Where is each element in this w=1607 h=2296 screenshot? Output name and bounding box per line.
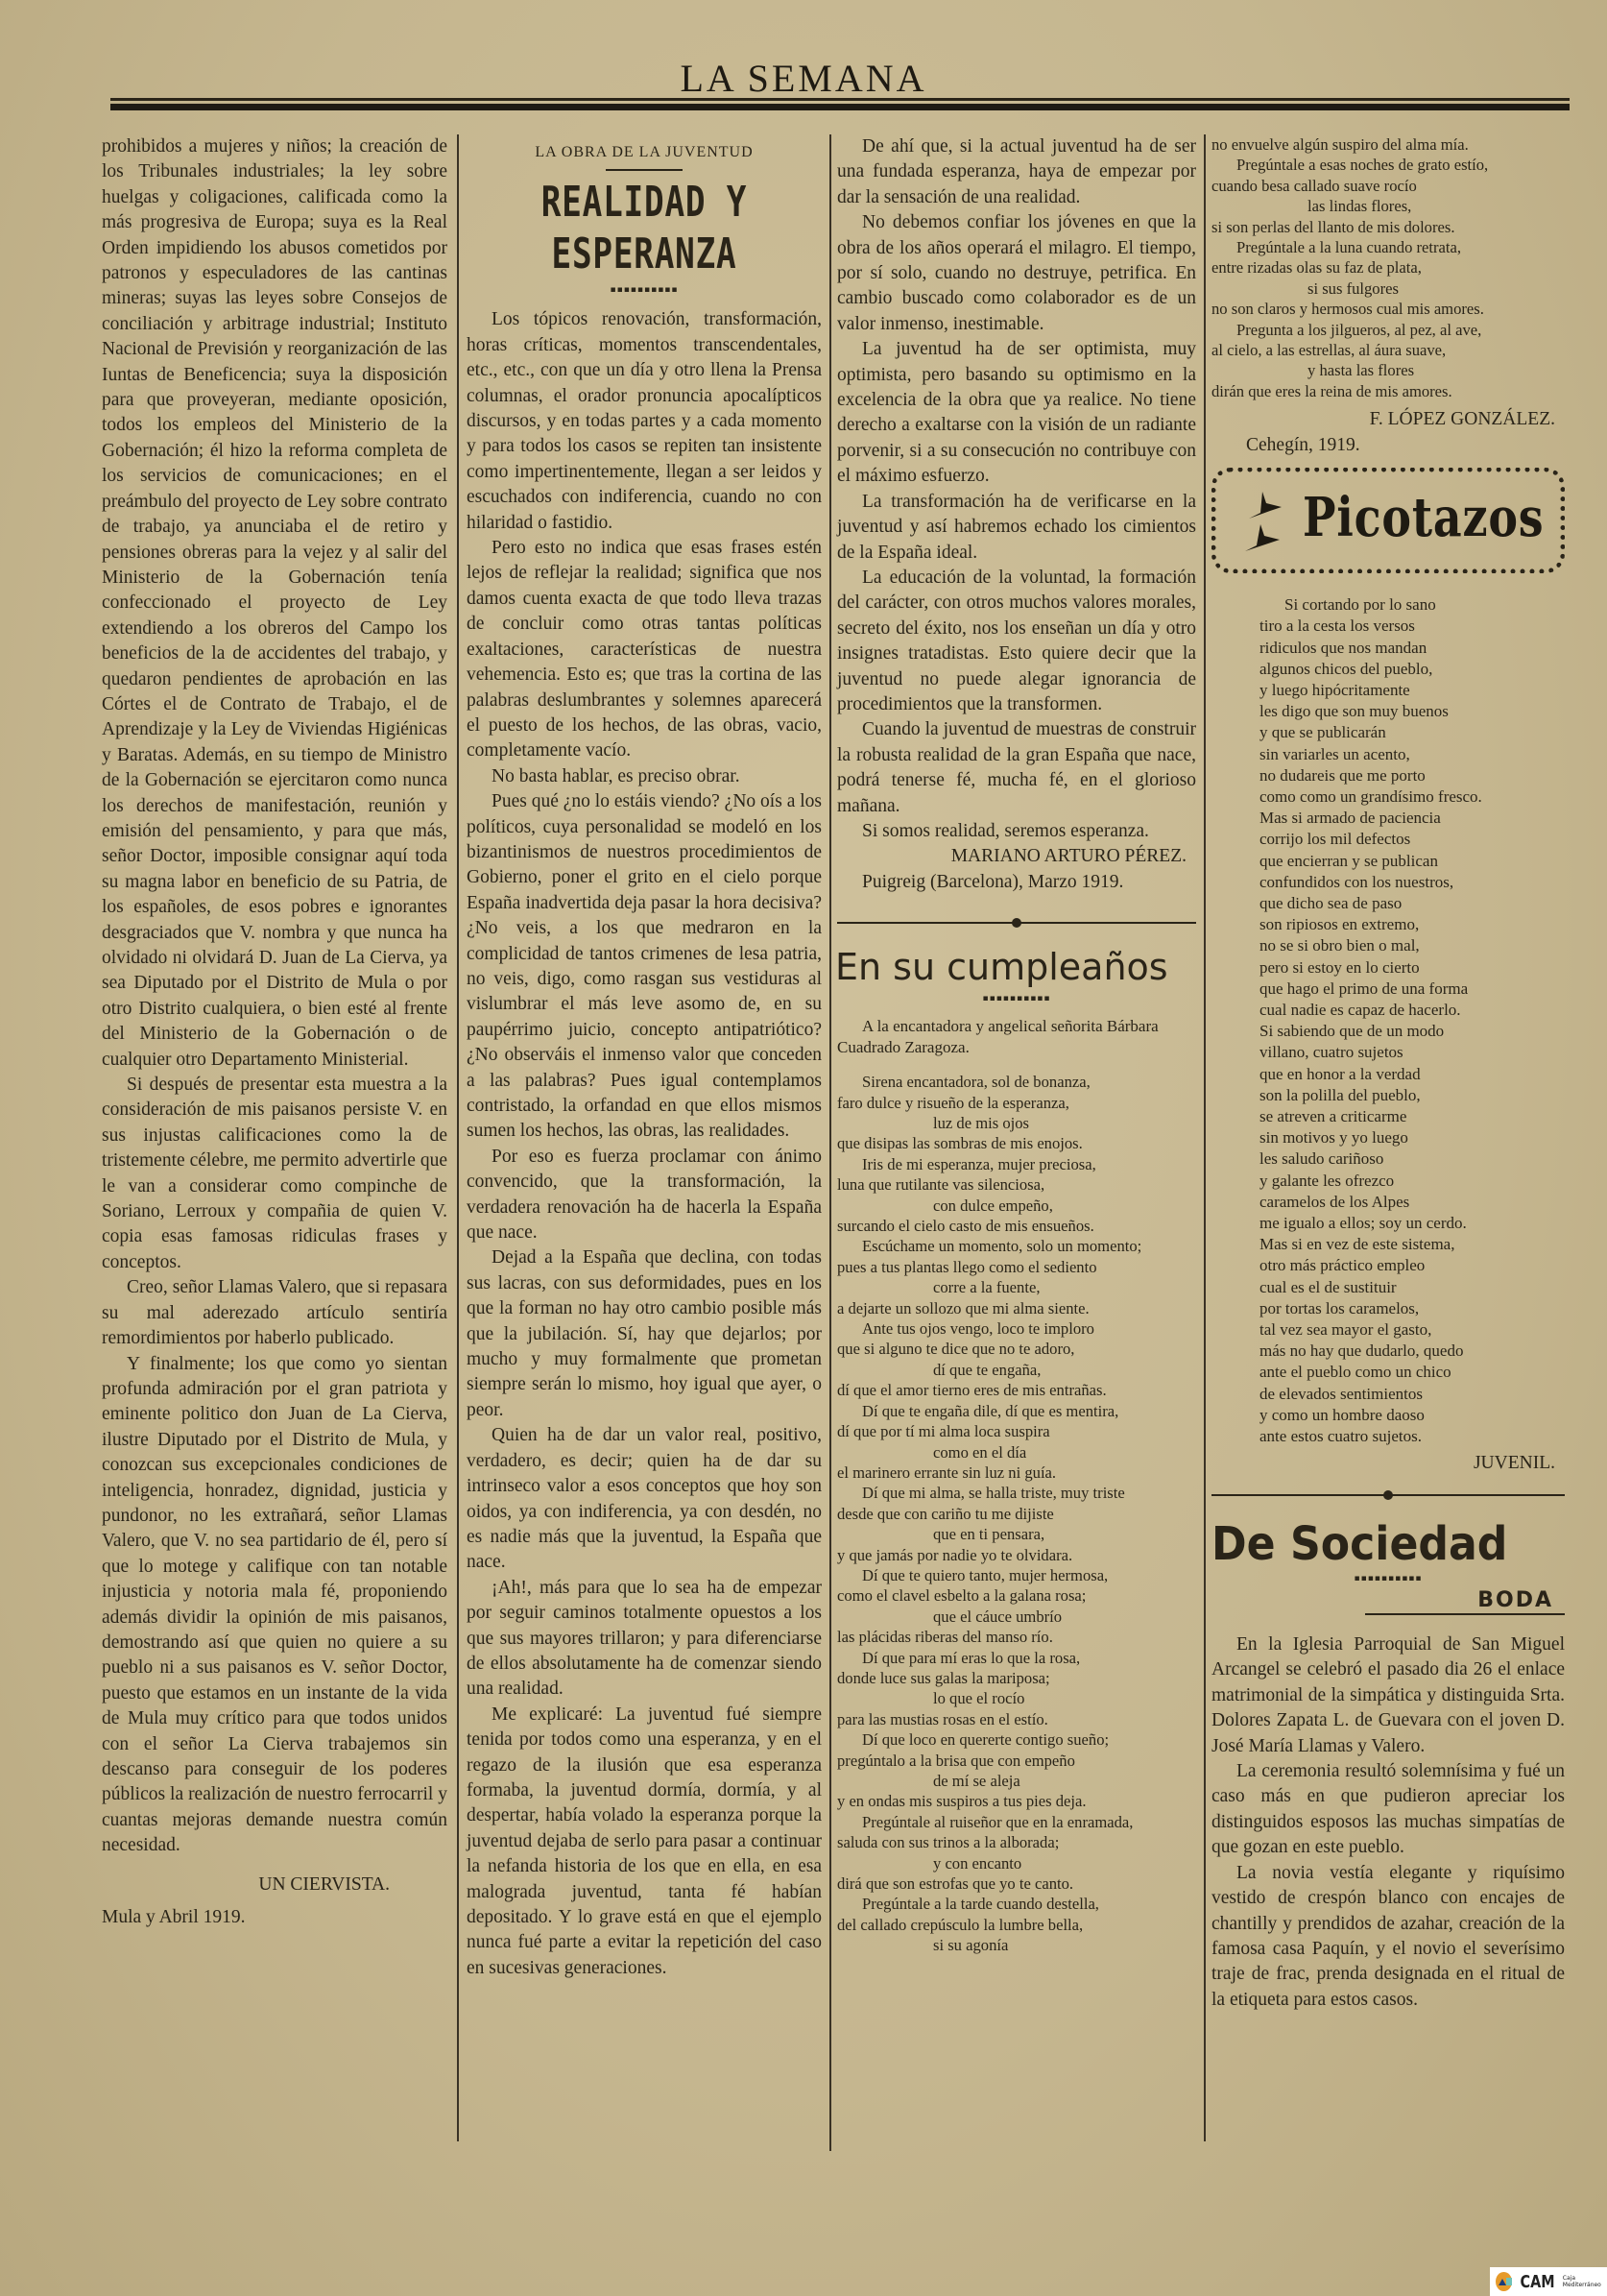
poem-line: Dí que te quiero tanto, mujer hermosa,: [837, 1565, 1196, 1585]
poem-line: y con encanto: [837, 1853, 1196, 1873]
poem-line: Pregúntale a la luna cuando retrata,: [1211, 237, 1565, 257]
poem-line: me igualo a ellos; soy un cerdo.: [1259, 1213, 1565, 1234]
column-three: De ahí que, si la actual juventud ha de …: [837, 134, 1196, 1956]
signature: JUVENIL.: [1211, 1451, 1565, 1476]
paragraph: La transformación ha de verificarse en l…: [837, 490, 1196, 566]
column-letter: prohibidos a mujeres y niños; la creació…: [102, 134, 447, 1930]
poem-line: que hago el primo de una forma: [1259, 979, 1565, 1000]
poem-line: que el cáuce umbrío: [837, 1607, 1196, 1627]
column-divider: [1204, 134, 1206, 2141]
separator-dots: ▪▪▪▪▪▪▪▪▪▪: [1211, 1573, 1565, 1584]
poem-line: algunos chicos del pueblo,: [1259, 659, 1565, 680]
poem-line: son la polilla del pueblo,: [1259, 1085, 1565, 1106]
poem-line: Dí que te engaña dile, dí que es mentira…: [837, 1401, 1196, 1421]
poem-line: saluda con sus trinos a la alborada;: [837, 1832, 1196, 1852]
newspaper-page: LA SEMANA prohibidos a mujeres y niños; …: [0, 0, 1607, 2296]
poem-line: Pregunta a los jilgueros, al pez, al ave…: [1211, 320, 1565, 340]
article-kicker: LA OBRA DE LA JUVENTUD: [467, 140, 822, 165]
poem-line: son ripiosos en extremo,: [1259, 914, 1565, 935]
article-headline: REALIDAD Y ESPERANZA: [476, 177, 813, 280]
paragraph: ¡Ah!, más para que lo sea ha de empezar …: [467, 1576, 822, 1703]
separator-dots: ▪▪▪▪▪▪▪▪▪▪: [467, 284, 822, 296]
poem-line: Sirena encantadora, sol de bonanza,: [837, 1072, 1196, 1092]
poem-line: ante el pueblo como un chico: [1259, 1362, 1565, 1383]
poem-line: luna que rutilante vas silenciosa,: [837, 1174, 1196, 1195]
poem-line: como como un grandísimo fresco.: [1259, 786, 1565, 808]
signature: UN CIERVISTA.: [102, 1873, 447, 1897]
poem-line: que dicho sea de paso: [1259, 893, 1565, 914]
poem-line: Dí que mi alma, se halla triste, muy tri…: [837, 1483, 1196, 1503]
poem-line: con dulce empeño,: [837, 1196, 1196, 1216]
poem-body-continued: no envuelve algún suspiro del alma mía.P…: [1211, 134, 1565, 401]
sociedad-headline: De Sociedad: [1211, 1515, 1537, 1573]
poem-line: no son claros y hermosos cual mis amores…: [1211, 299, 1565, 319]
masthead-title: LA SEMANA: [0, 56, 1607, 101]
poem-line: que si alguno te dice que no te adoro,: [837, 1339, 1196, 1359]
poem-line: para las mustias rosas en el estío.: [837, 1709, 1196, 1729]
paragraph: Y finalmente; los que como yo sientan pr…: [102, 1352, 447, 1859]
poem-line: confundidos con los nuestros,: [1259, 872, 1565, 893]
poem-line: si son perlas del llanto de mis dolores.: [1211, 217, 1565, 237]
swallows-icon: [1243, 488, 1301, 571]
poem-line: y en ondas mis suspiros a tus pies deja.: [837, 1791, 1196, 1811]
poem-line: dí que por tí mi alma loca suspira: [837, 1421, 1196, 1441]
poem-line: Ante tus ojos vengo, loco te imploro: [837, 1318, 1196, 1339]
poem-line: que disipas las sombras de mis enojos.: [837, 1133, 1196, 1153]
poem-line: no se si obro bien o mal,: [1259, 935, 1565, 956]
picotazos-title: Picotazos: [1303, 484, 1544, 551]
column-four: no envuelve algún suspiro del alma mía.P…: [1211, 134, 1565, 2013]
paragraph: La educación de la voluntad, la formació…: [837, 566, 1196, 717]
ornamental-divider: [837, 916, 1196, 930]
poem-line: no dudareis que me porto: [1259, 765, 1565, 786]
article-realidad-y-esperanza: LA OBRA DE LA JUVENTUD REALIDAD Y ESPERA…: [467, 134, 822, 1981]
poem-line: dirá que son estrofas que yo te canto.: [837, 1873, 1196, 1894]
poem-line: por tortas los caramelos,: [1259, 1298, 1565, 1319]
poem-line: luz de mis ojos: [837, 1113, 1196, 1133]
poem-line: sin variarles un acento,: [1259, 744, 1565, 765]
sociedad-subhead: BODA: [1365, 1588, 1565, 1615]
poem-line: otro más práctico empleo: [1259, 1255, 1565, 1276]
poem-line: desde que con cariño tu me dijiste: [837, 1504, 1196, 1524]
kicker-rule: [606, 169, 683, 171]
poem-line: villano, cuatro sujetos: [1259, 1042, 1565, 1063]
poem-line: las plácidas riberas del manso río.: [837, 1627, 1196, 1647]
poem-line: les digo que son muy buenos: [1259, 701, 1565, 722]
poem-line: las lindas flores,: [1211, 196, 1565, 216]
paragraph: Por eso es fuerza proclamar con ánimo co…: [467, 1145, 822, 1246]
poem-line: Mas si en vez de este sistema,: [1259, 1234, 1565, 1255]
poem-line: tiro a la cesta los versos: [1259, 616, 1565, 637]
poem-line: de mí se aleja: [837, 1771, 1196, 1791]
poem-headline: En su cumpleaños: [835, 945, 1196, 989]
poem-line: lo que el rocío: [837, 1688, 1196, 1708]
poem-dedication: A la encantadora y angelical señorita Bá…: [837, 1016, 1196, 1058]
poem-line: corre a la fuente,: [837, 1277, 1196, 1297]
poem-line: Dí que loco en quererte contigo sueño;: [837, 1729, 1196, 1750]
separator-dots: ▪▪▪▪▪▪▪▪▪▪: [837, 993, 1196, 1004]
poem-line: pregúntalo a la brisa que con empeño: [837, 1751, 1196, 1771]
paragraph: Quien ha de dar un valor real, positivo,…: [467, 1423, 822, 1575]
poem-line: si su agonía: [837, 1935, 1196, 1955]
paragraph: La novia vestía elegante y riquísimo ves…: [1211, 1861, 1565, 2013]
paragraph: Pues qué ¿no lo estáis viendo? ¿No oís a…: [467, 789, 822, 1145]
paragraph: Me explicaré: La juventud fué siempre te…: [467, 1703, 822, 1981]
picotazos-poem: Si cortando por lo sanotiro a la cesta l…: [1259, 594, 1565, 1447]
poem-line: Iris de mi esperanza, mujer preciosa,: [837, 1154, 1196, 1174]
paragraph: En la Iglesia Parroquial de San Miguel A…: [1211, 1632, 1565, 1759]
poem-line: Pregúntale a la tarde cuando destella,: [837, 1894, 1196, 1914]
poem-line: como en el día: [837, 1442, 1196, 1462]
dateline: Puigreig (Barcelona), Marzo 1919.: [837, 870, 1196, 895]
poem-line: que en ti pensara,: [837, 1524, 1196, 1544]
poem-line: ante estos cuatro sujetos.: [1259, 1426, 1565, 1447]
poem-line: dí que te engaña,: [837, 1360, 1196, 1380]
poem-line: dirán que eres la reina de mis amores.: [1211, 381, 1565, 401]
poem-line: se atreven a criticarme: [1259, 1106, 1565, 1127]
paragraph: prohibidos a mujeres y niños; la creació…: [102, 134, 447, 1073]
poem-line: y como un hombre daoso: [1259, 1405, 1565, 1426]
column-divider: [457, 134, 459, 2141]
paragraph: La ceremonia resultó solemnísima y fué u…: [1211, 1759, 1565, 1861]
poem-line: del callado crepúsculo la lumbre bella,: [837, 1915, 1196, 1935]
poem-line: Si sabiendo que de un modo: [1259, 1021, 1565, 1042]
poem-line: tal vez sea mayor el gasto,: [1259, 1319, 1565, 1341]
poem-line: que encierran y se publican: [1259, 851, 1565, 872]
paragraph: Cuando la juventud de muestras de constr…: [837, 717, 1196, 819]
poem-line: Pregúntale a esas noches de grato estío,: [1211, 155, 1565, 175]
signature: MARIANO ARTURO PÉREZ.: [837, 844, 1196, 869]
cam-logo: CAM Caja Mediterráneo: [1490, 2267, 1607, 2296]
paragraph: No debemos confiar los jóvenes en que la…: [837, 210, 1196, 337]
poem-line: pues a tus plantas llego como el sedient…: [837, 1257, 1196, 1277]
poem-line: al cielo, a las estrellas, al áura suave…: [1211, 340, 1565, 360]
poem-line: corrijo los mil defectos: [1259, 829, 1565, 850]
masthead-rule-thick: [110, 104, 1570, 110]
poem-line: dí que el amor tierno eres de mis entrañ…: [837, 1380, 1196, 1400]
picotazos-header-box: Picotazos: [1211, 468, 1565, 573]
poem-line: y luego hipócritamente: [1259, 680, 1565, 701]
poem-line: y que se publicarán: [1259, 722, 1565, 743]
paragraph: Los tópicos renovación, transformación, …: [467, 307, 822, 536]
poem-line: que en honor a la verdad: [1259, 1064, 1565, 1085]
signature: F. LÓPEZ GONZÁLEZ.: [1211, 407, 1565, 432]
poem-line: Dí que para mí eras lo que la rosa,: [837, 1648, 1196, 1668]
paragraph: Si somos realidad, seremos esperanza.: [837, 819, 1196, 844]
poem-line: sin motivos y yo luego: [1259, 1127, 1565, 1148]
poem-line: cual nadie es capaz de hacerlo.: [1259, 1000, 1565, 1021]
poem-line: donde luce sus galas la mariposa;: [837, 1668, 1196, 1688]
poem-line: Si cortando por lo sano: [1259, 594, 1565, 616]
paragraph: La juventud ha de ser optimista, muy opt…: [837, 337, 1196, 489]
cam-logo-text: CAM: [1520, 2272, 1554, 2292]
dateline: Cehegín, 1919.: [1211, 433, 1565, 458]
masthead-rule-thin: [110, 98, 1570, 101]
poem-line: faro dulce y risueño de la esperanza,: [837, 1093, 1196, 1113]
poem-line: como el clavel esbelto a la galana rosa;: [837, 1585, 1196, 1606]
poem-line: Mas si armado de paciencia: [1259, 808, 1565, 829]
poem-line: cuando besa callado suave rocío: [1211, 176, 1565, 196]
poem-line: les saludo cariñoso: [1259, 1148, 1565, 1170]
paragraph: De ahí que, si la actual juventud ha de …: [837, 134, 1196, 210]
poem-line: ridiculos que nos mandan: [1259, 638, 1565, 659]
poem-line: si sus fulgores: [1211, 278, 1565, 299]
poem-line: y hasta las flores: [1211, 360, 1565, 380]
cam-logo-icon: [1496, 2272, 1512, 2291]
poem-line: surcando el cielo casto de mis ensueños.: [837, 1216, 1196, 1236]
ornamental-divider: [1211, 1488, 1565, 1502]
poem-line: más no hay que dudarlo, quedo: [1259, 1341, 1565, 1362]
poem-line: a dejarte un sollozo que mi alma siente.: [837, 1298, 1196, 1318]
poem-line: no envuelve algún suspiro del alma mía.: [1211, 134, 1565, 155]
poem-line: caramelos de los Alpes: [1259, 1192, 1565, 1213]
cam-logo-subtitle: Caja Mediterráneo: [1563, 2275, 1607, 2288]
column-divider: [829, 134, 831, 2151]
poem-line: cual es el de sustituir: [1259, 1277, 1565, 1298]
poem-line: el marinero errante sin luz ni guía.: [837, 1462, 1196, 1483]
dateline: Mula y Abril 1919.: [102, 1905, 447, 1930]
poem-line: y que jamás por nadie yo te olvidara.: [837, 1545, 1196, 1565]
poem-line: Pregúntale al ruiseñor que en la enramad…: [837, 1812, 1196, 1832]
poem-body: Sirena encantadora, sol de bonanza,faro …: [837, 1072, 1196, 1955]
poem-line: y galante les ofrezco: [1259, 1171, 1565, 1192]
paragraph: Creo, señor Llamas Valero, que si repasa…: [102, 1275, 447, 1351]
poem-line: Escúchame un momento, solo un momento;: [837, 1236, 1196, 1256]
paragraph: Si después de presentar esta muestra a l…: [102, 1073, 447, 1275]
paragraph: No basta hablar, es preciso obrar.: [467, 764, 822, 789]
poem-line: entre rizadas olas su faz de plata,: [1211, 257, 1565, 278]
poem-line: pero si estoy en lo cierto: [1259, 957, 1565, 979]
paragraph: Pero esto no indica que esas frases esté…: [467, 536, 822, 764]
poem-line: de elevados sentimientos: [1259, 1384, 1565, 1405]
paragraph: Dejad a la España que declina, con todas…: [467, 1245, 822, 1423]
